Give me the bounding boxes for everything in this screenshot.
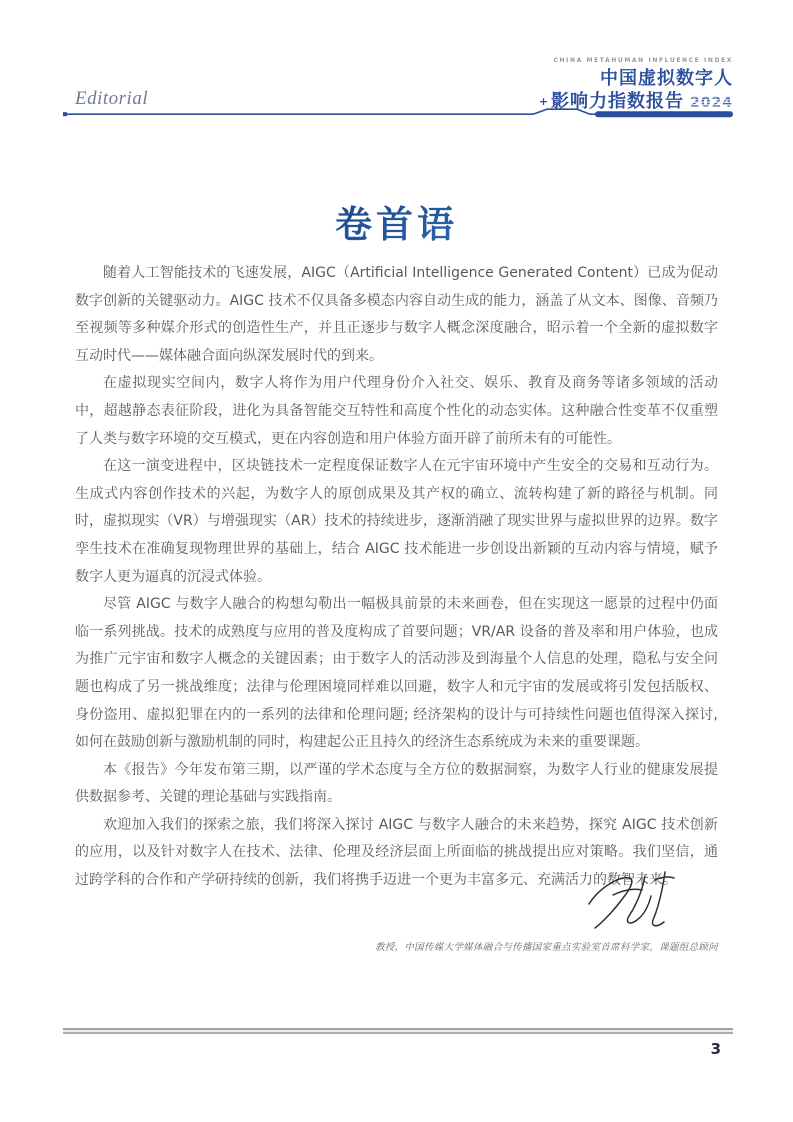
logo-title-line1: 中国虚拟数字人 <box>600 68 733 89</box>
paragraph-2: 在虚拟现实空间内，数字人将作为用户代理身份介入社交、娱乐、教育及商务等诸多领域的… <box>75 370 718 453</box>
signature-caption: 教授，中国传媒大学媒体融合与传播国家重点实验室首席科学家，课题组总顾问 <box>375 939 718 953</box>
footer-rule <box>63 1028 733 1034</box>
page-title: 卷首语 <box>0 194 793 248</box>
body-text: 随着人工智能技术的飞速发展，AIGC（Artificial Intelligen… <box>75 260 718 895</box>
report-page: Editorial 数智人 CHINA METAHUMAN INFLUENCE … <box>0 0 793 1122</box>
header-rule <box>63 106 733 122</box>
logo-tagline: CHINA METAHUMAN INFLUENCE INDEX <box>539 57 733 65</box>
paragraph-4: 尽管 AIGC 与数字人融合的构想勾勒出一幅极具前景的未来画卷，但在实现这一愿景… <box>75 591 718 757</box>
paragraph-1: 随着人工智能技术的飞速发展，AIGC（Artificial Intelligen… <box>75 260 718 370</box>
paragraph-3: 在这一演变进程中，区块链技术一定程度保证数字人在元宇宙环境中产生安全的交易和互动… <box>75 453 718 591</box>
signature-image <box>585 868 681 936</box>
page-number: 3 <box>711 1040 721 1058</box>
paragraph-5: 本《报告》今年发布第三期，以严谨的学术态度与全方位的数据洞察，为数字人行业的健康… <box>75 757 718 812</box>
